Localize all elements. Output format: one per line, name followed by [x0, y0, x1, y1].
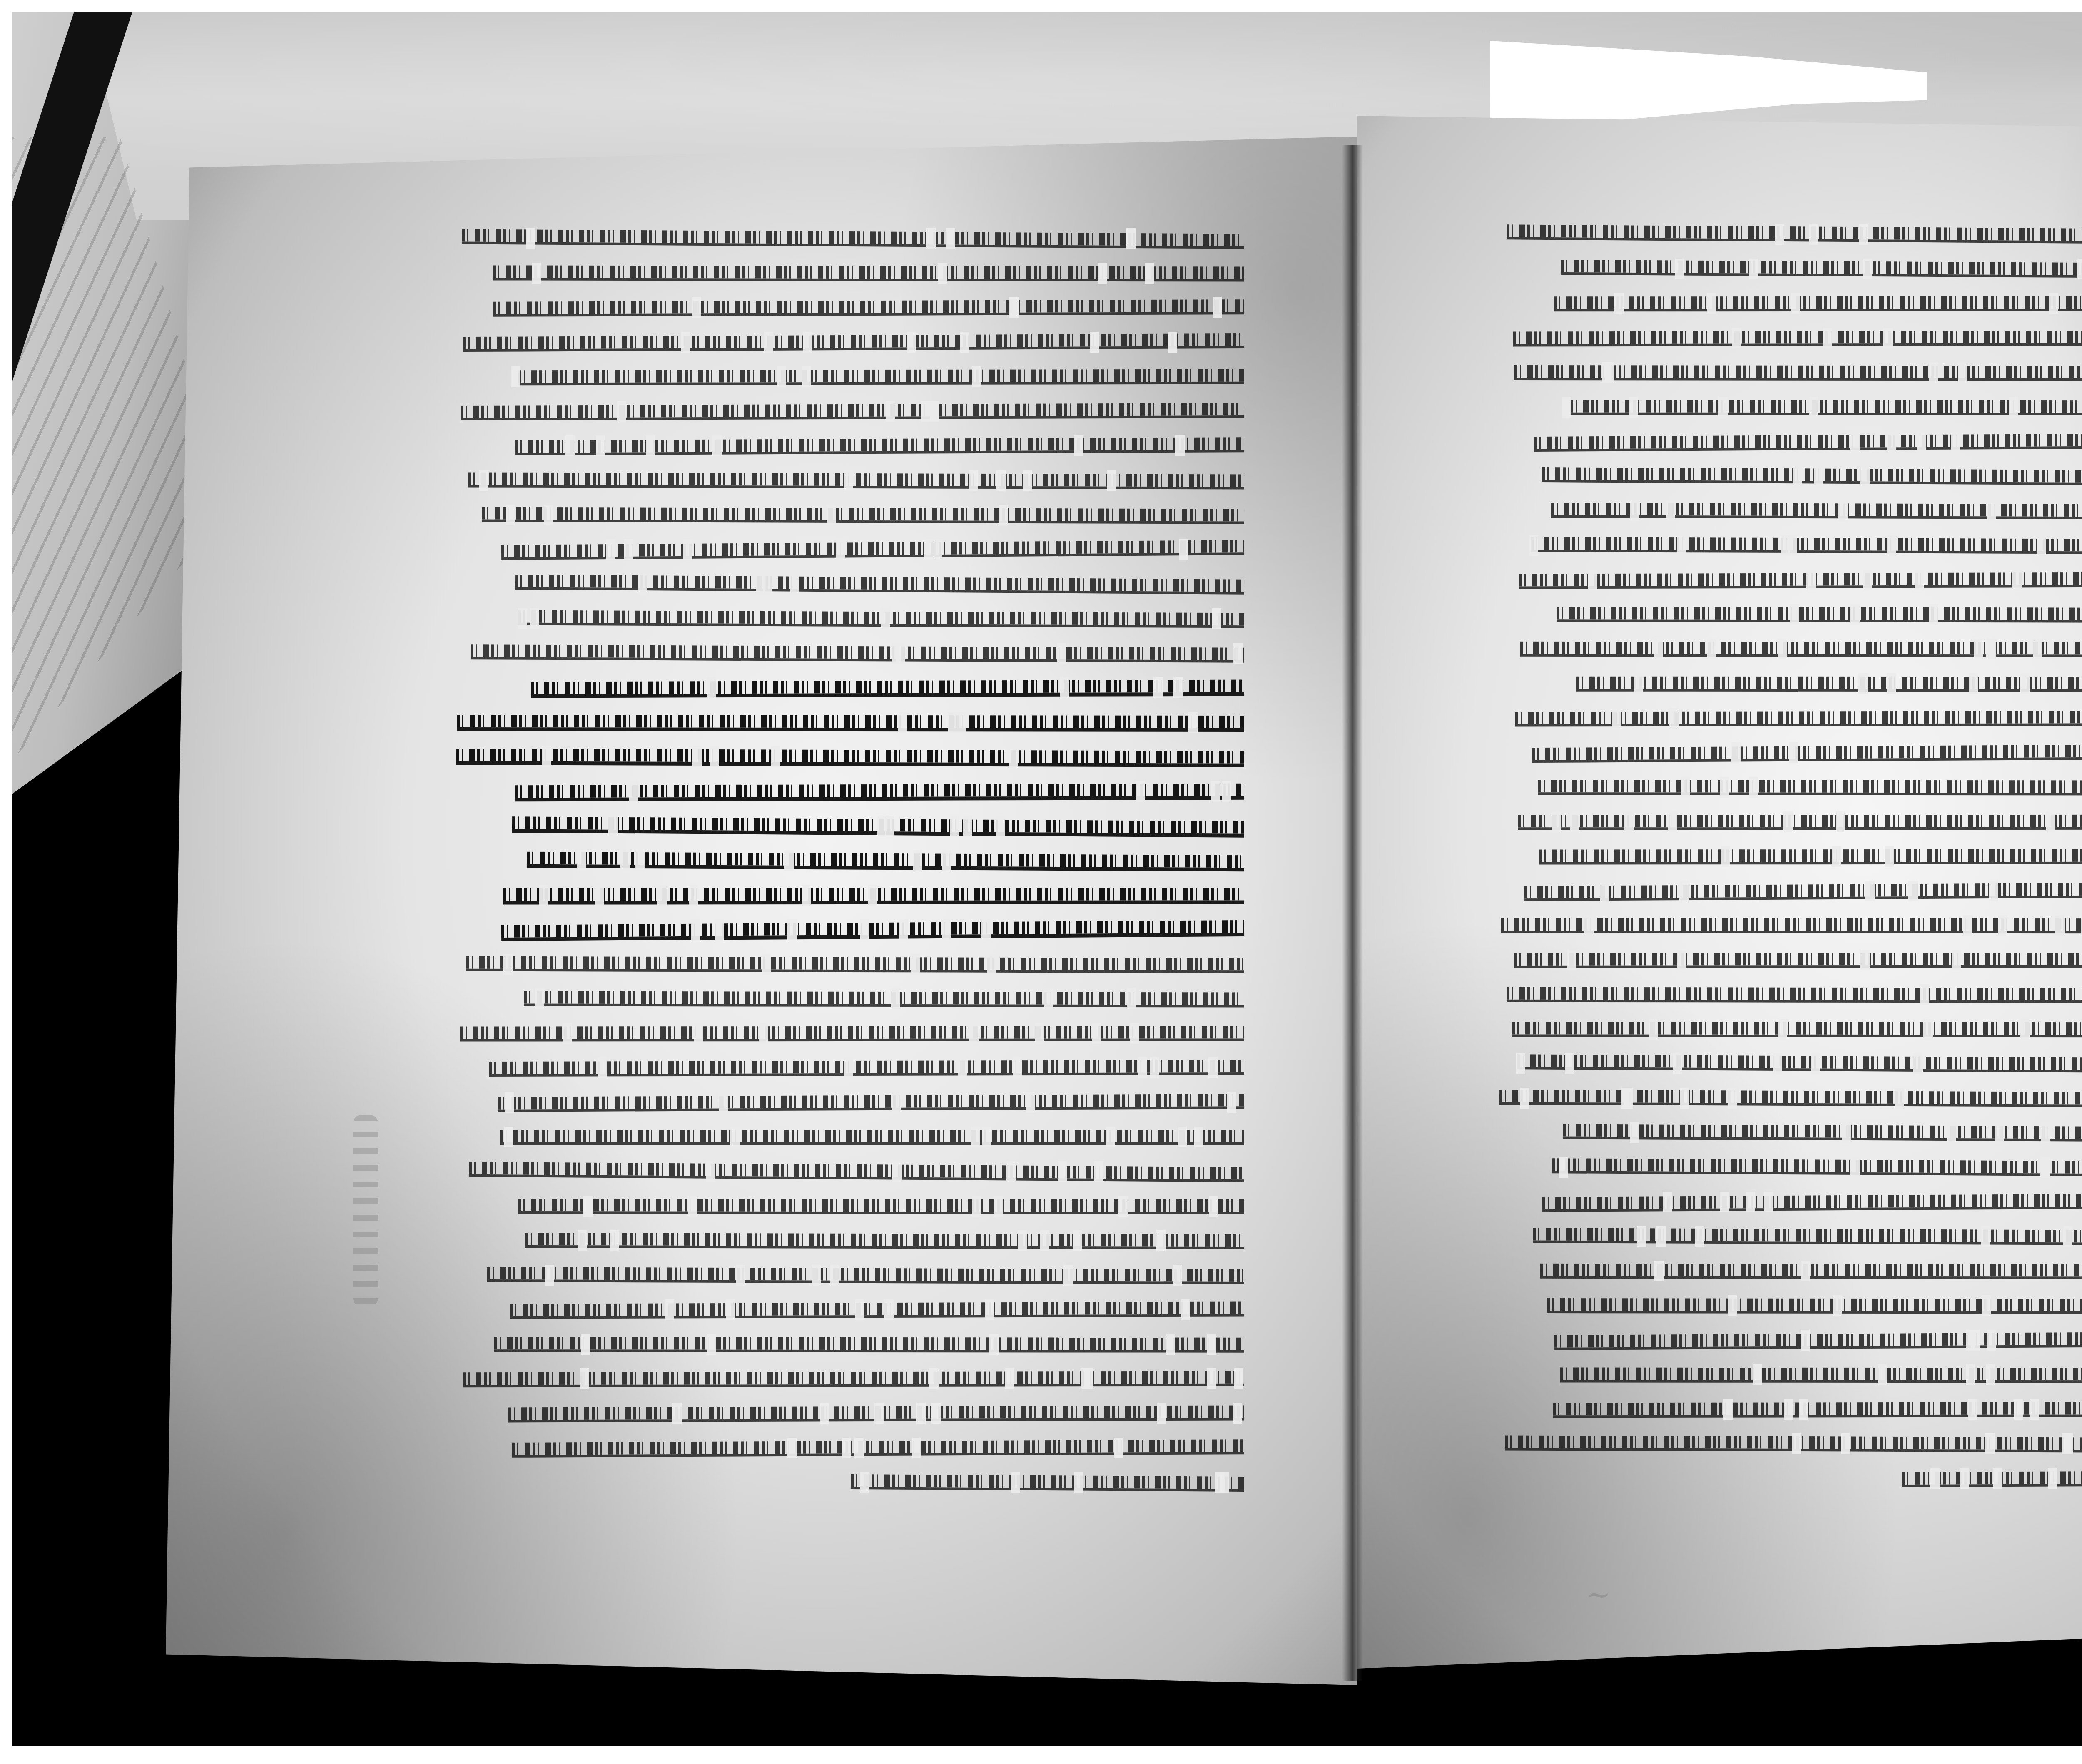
word-gap — [1749, 777, 1758, 798]
word-gap — [584, 1196, 593, 1217]
word-gap — [518, 608, 527, 629]
word-gap — [1832, 846, 1841, 867]
word-gap — [1986, 1364, 1995, 1385]
manuscript-text-line — [1494, 699, 2082, 734]
word-gap — [689, 885, 698, 906]
word-gap — [580, 1368, 589, 1389]
manuscript-text-line — [453, 254, 1244, 289]
word-gap — [1865, 881, 1875, 901]
word-gap — [1157, 1403, 1166, 1424]
manuscript-text-line — [453, 600, 1244, 634]
manuscript-text-line — [453, 634, 1244, 669]
word-gap — [999, 505, 1008, 525]
word-gap — [1092, 1023, 1101, 1044]
word-gap — [957, 712, 966, 733]
word-gap — [1044, 988, 1053, 1009]
word-gap — [1663, 1192, 1672, 1212]
word-gap — [1801, 1330, 1810, 1351]
word-gap — [1680, 1088, 1689, 1109]
word-gap — [836, 539, 845, 560]
word-gap — [2014, 1399, 2023, 1420]
ink-stroke — [518, 369, 1244, 385]
word-gap — [610, 1230, 619, 1251]
word-gap — [1677, 950, 1686, 970]
word-gap — [891, 988, 900, 1009]
manuscript-text-line — [453, 1187, 1244, 1222]
manuscript-text-line — [1494, 527, 2082, 561]
word-gap — [1859, 224, 1868, 245]
word-gap — [1801, 1261, 1810, 1281]
word-gap — [1718, 397, 1728, 418]
word-gap — [827, 505, 836, 525]
word-gap — [771, 746, 780, 767]
ink-stroke — [500, 1130, 1244, 1145]
manuscript-text-line — [453, 496, 1244, 531]
word-gap — [1656, 1226, 1666, 1247]
word-gap — [1669, 708, 1679, 729]
word-gap — [1974, 639, 1983, 659]
word-gap — [1060, 677, 1069, 698]
word-gap — [1981, 1226, 1990, 1247]
word-gap — [924, 539, 933, 560]
word-gap — [1930, 1468, 1940, 1489]
word-gap — [892, 1092, 901, 1113]
word-gap — [1207, 1334, 1216, 1355]
word-gap — [1982, 1295, 1991, 1316]
word-gap — [511, 366, 520, 387]
word-gap — [2041, 1157, 2050, 1178]
word-gap — [595, 885, 604, 906]
ink-stroke — [493, 299, 1244, 317]
manuscript-text-line — [453, 1049, 1244, 1084]
word-gap — [726, 1299, 735, 1320]
word-gap — [1565, 1053, 1574, 1074]
word-gap — [657, 885, 667, 906]
manuscript-text-line — [453, 945, 1244, 980]
word-gap — [1654, 639, 1663, 659]
word-gap — [1233, 1403, 1242, 1424]
word-gap — [1923, 1019, 1933, 1040]
word-gap — [1720, 777, 1729, 798]
word-gap — [2033, 639, 2042, 659]
word-gap — [635, 850, 645, 871]
manuscript-text-line — [1494, 1045, 2082, 1080]
word-gap — [730, 1127, 740, 1147]
word-gap — [1917, 431, 1926, 452]
manuscript-text-line — [1494, 1287, 2082, 1321]
ink-stroke — [1561, 260, 2082, 279]
word-gap — [542, 746, 551, 767]
word-gap — [1850, 604, 1860, 625]
word-gap — [1126, 228, 1136, 249]
ink-stroke — [1507, 987, 2082, 1003]
word-gap — [1860, 466, 1870, 487]
ink-stroke — [493, 265, 1244, 281]
ink-stroke — [463, 333, 1244, 352]
pencil-annotation: ~ — [1586, 1577, 1661, 1627]
word-gap — [1806, 570, 1816, 590]
manuscript-text-line — [453, 842, 1244, 876]
word-gap — [1863, 259, 1872, 279]
word-gap — [1952, 950, 1961, 970]
ink-stroke — [482, 507, 1244, 524]
word-gap — [1516, 1053, 1525, 1074]
word-gap — [1791, 293, 1800, 314]
word-gap — [987, 954, 996, 975]
word-gap — [1814, 466, 1823, 487]
word-gap — [1006, 1161, 1016, 1182]
word-gap — [1858, 673, 1868, 694]
word-gap — [969, 1023, 979, 1044]
ink-stroke — [1517, 1054, 2082, 1074]
word-gap — [1612, 708, 1621, 729]
word-gap — [1233, 643, 1243, 664]
word-gap — [2009, 397, 2018, 418]
word-gap — [1783, 811, 1793, 832]
manuscript-text-line — [1494, 1010, 2082, 1045]
ink-stroke — [1519, 572, 2082, 589]
word-gap — [672, 1403, 682, 1424]
word-gap — [1107, 470, 1116, 491]
manuscript-text-line — [1494, 769, 2082, 803]
word-gap — [1058, 1161, 1067, 1182]
word-gap — [1063, 1265, 1073, 1286]
word-gap — [1098, 263, 1107, 284]
word-gap — [787, 919, 797, 940]
ink-stroke — [1570, 400, 2082, 415]
word-gap — [712, 435, 722, 456]
word-gap — [1138, 1057, 1147, 1078]
manuscript-text-line — [1494, 630, 2082, 665]
word-gap — [1145, 263, 1154, 284]
word-gap — [1637, 1226, 1646, 1247]
manuscript-text-line — [1494, 319, 2082, 354]
word-gap — [1920, 984, 1929, 1005]
manuscript-photo: ✥ ☩ ⁘ ∇ ✕ ~ — [12, 12, 2082, 1746]
manuscript-text-line — [453, 876, 1244, 911]
word-gap — [1562, 397, 1571, 418]
word-gap — [1883, 328, 1893, 348]
word-gap — [1677, 535, 1686, 556]
ink-stroke — [1534, 433, 2082, 452]
word-gap — [1629, 397, 1638, 418]
manuscript-text-line — [453, 289, 1244, 323]
manuscript-text-line — [1494, 492, 2082, 527]
word-gap — [535, 988, 544, 1009]
word-gap — [545, 1265, 554, 1286]
word-gap — [638, 574, 647, 595]
word-gap — [1732, 328, 1741, 348]
ink-stroke — [1515, 710, 2082, 726]
word-gap — [505, 1092, 514, 1113]
word-gap — [913, 850, 922, 871]
word-gap — [1728, 1295, 1737, 1316]
book-gutter — [1342, 145, 1363, 1681]
word-gap — [2062, 1433, 2071, 1454]
word-gap — [1130, 1023, 1139, 1044]
word-gap — [981, 919, 991, 940]
word-gap — [2077, 259, 2082, 279]
word-gap — [1567, 950, 1576, 970]
word-gap — [1998, 915, 2007, 936]
word-gap — [1809, 397, 1818, 418]
ink-stroke — [471, 644, 1244, 662]
word-gap — [1746, 1192, 1755, 1212]
word-gap — [2037, 535, 2046, 556]
word-gap — [972, 1196, 981, 1217]
ink-stroke — [1554, 296, 2082, 312]
word-gap — [921, 401, 930, 422]
ink-stroke — [1499, 1090, 2082, 1107]
ink-stroke — [1539, 849, 2082, 865]
word-gap — [1178, 1127, 1187, 1147]
ink-stroke — [1520, 642, 2082, 657]
word-gap — [1207, 1368, 1216, 1389]
word-gap — [994, 1196, 1003, 1217]
word-gap — [1649, 1019, 1658, 1040]
word-gap — [1986, 639, 1995, 659]
manuscript-text-line — [453, 1429, 1244, 1464]
ink-stroke — [468, 472, 1244, 489]
word-gap — [844, 1057, 853, 1078]
word-gap — [563, 1023, 572, 1044]
ink-stroke — [487, 1267, 1244, 1284]
word-gap — [971, 1127, 980, 1147]
ink-stroke — [1542, 467, 2082, 486]
word-gap — [1018, 1230, 1027, 1251]
word-gap — [691, 919, 700, 940]
word-gap — [2030, 1399, 2039, 1420]
manuscript-text-line — [453, 773, 1244, 807]
word-gap — [544, 505, 553, 525]
manuscript-text-line — [453, 531, 1244, 565]
word-gap — [969, 470, 978, 491]
word-gap — [1753, 1364, 1762, 1385]
word-gap — [596, 435, 605, 456]
word-gap — [1809, 224, 1818, 245]
word-gap — [646, 435, 655, 456]
ink-stroke — [1531, 537, 2082, 555]
word-gap — [1915, 570, 1924, 590]
word-gap — [790, 574, 799, 595]
manuscript-text-line — [453, 220, 1244, 254]
word-gap — [1010, 297, 1019, 318]
word-gap — [1084, 1368, 1093, 1389]
manuscript-text-line — [1494, 838, 2082, 872]
word-gap — [1013, 1057, 1022, 1078]
word-gap — [844, 470, 853, 491]
word-gap — [898, 712, 907, 733]
word-gap — [892, 1161, 902, 1182]
manuscript-text-line — [1494, 1080, 2082, 1114]
word-gap — [1887, 673, 1896, 694]
manuscript-text-line — [453, 323, 1244, 358]
word-gap — [1833, 1295, 1842, 1316]
manuscript-text-line — [453, 1222, 1244, 1256]
word-gap — [2012, 570, 2022, 590]
word-gap — [692, 297, 701, 318]
word-gap — [1778, 639, 1787, 659]
word-gap — [1792, 1433, 1801, 1454]
word-gap — [1181, 1299, 1190, 1320]
word-gap — [1634, 673, 1643, 694]
word-gap — [1009, 746, 1018, 767]
word-gap — [1811, 1053, 1820, 1074]
word-gap — [1208, 1057, 1218, 1078]
word-gap — [1175, 435, 1185, 456]
word-gap — [1035, 1023, 1044, 1044]
ink-stroke — [512, 1439, 1244, 1458]
manuscript-text-line — [1494, 1356, 2082, 1391]
word-gap — [707, 677, 716, 698]
manuscript-text-line — [1494, 458, 2082, 492]
manuscript-text-line — [1494, 1321, 2082, 1356]
word-gap — [1118, 1196, 1128, 1217]
ink-stroke — [1547, 1298, 2082, 1314]
word-gap — [1168, 332, 1177, 353]
word-gap — [1675, 259, 1684, 279]
word-gap — [1781, 535, 1790, 556]
word-gap — [1793, 466, 1802, 487]
word-gap — [1588, 570, 1597, 590]
manuscript-text-line — [453, 1118, 1244, 1153]
word-gap — [1090, 332, 1099, 353]
word-gap — [1929, 604, 1938, 625]
word-gap — [830, 1265, 839, 1286]
manuscript-text-line — [453, 704, 1244, 738]
word-gap — [881, 608, 890, 629]
manuscript-text-line — [1494, 423, 2082, 458]
word-gap — [982, 1127, 991, 1147]
word-gap — [1114, 1438, 1123, 1458]
ink-stroke — [515, 437, 1244, 455]
word-gap — [1023, 470, 1032, 491]
word-gap — [963, 816, 972, 836]
word-gap — [950, 816, 959, 836]
word-gap — [854, 1438, 864, 1458]
manuscript-text-line — [1494, 976, 2082, 1010]
word-gap — [1764, 1192, 1773, 1212]
ink-stroke — [515, 575, 1244, 595]
manuscript-text-line — [1494, 1391, 2082, 1425]
word-gap — [1995, 1122, 2004, 1143]
ink-stroke — [525, 1233, 1244, 1249]
ink-stroke — [1563, 1124, 2082, 1143]
word-gap — [1987, 500, 1996, 521]
word-gap — [1166, 1334, 1175, 1355]
word-gap — [1630, 1122, 1639, 1143]
word-gap — [860, 1472, 869, 1493]
manuscript-text-line — [453, 565, 1244, 600]
word-gap — [2020, 673, 2030, 694]
word-gap — [1073, 1230, 1082, 1251]
word-gap — [1773, 1053, 1782, 1074]
manuscript-text-line — [453, 669, 1244, 704]
word-gap — [958, 1057, 967, 1078]
word-gap — [1552, 811, 1561, 832]
word-gap — [1721, 846, 1730, 867]
word-gap — [1673, 1053, 1682, 1074]
manuscript-text-line — [1494, 907, 2082, 941]
word-gap — [1005, 1368, 1014, 1389]
word-gap — [996, 816, 1005, 836]
ink-stroke — [1532, 744, 2082, 763]
ink-stroke — [527, 852, 1244, 871]
manuscript-text-line — [1494, 1149, 2082, 1183]
word-gap — [1749, 259, 1758, 279]
word-gap — [1106, 1127, 1115, 1147]
word-gap — [946, 228, 955, 249]
word-gap — [2049, 293, 2058, 314]
word-gap — [1695, 1226, 1704, 1247]
ink-stroke — [1560, 1368, 2082, 1383]
manuscript-text-line — [1494, 803, 2082, 838]
word-gap — [1026, 1092, 1035, 1113]
word-gap — [1211, 781, 1220, 802]
word-gap — [1968, 1399, 1977, 1420]
word-gap — [608, 816, 618, 836]
word-gap — [1559, 1157, 1568, 1178]
word-gap — [620, 850, 630, 871]
word-gap — [526, 228, 535, 249]
word-gap — [707, 1334, 716, 1355]
word-gap — [877, 816, 886, 836]
word-gap — [503, 954, 513, 975]
word-gap — [764, 332, 773, 353]
ink-stroke — [510, 1301, 1244, 1319]
word-gap — [874, 1403, 884, 1424]
word-gap — [929, 1368, 939, 1389]
word-gap — [896, 643, 905, 664]
word-gap — [2041, 1122, 2050, 1143]
word-gap — [1723, 1399, 1733, 1420]
word-gap — [1860, 950, 1870, 970]
word-gap — [1209, 1196, 1218, 1217]
word-gap — [916, 1403, 926, 1424]
word-gap — [1600, 881, 1609, 901]
word-gap — [802, 366, 811, 387]
word-gap — [1529, 535, 1538, 556]
word-gap — [812, 1265, 821, 1286]
word-gap — [1969, 673, 1978, 694]
manuscript-text-line — [1494, 1183, 2082, 1218]
word-gap — [565, 435, 575, 456]
word-gap — [1150, 1057, 1159, 1078]
word-gap — [885, 816, 894, 836]
word-gap — [930, 401, 939, 422]
word-gap — [1958, 362, 1967, 383]
word-gap — [1605, 362, 1614, 383]
manuscript-text-line — [453, 738, 1244, 773]
manuscript-text-line — [453, 462, 1244, 496]
word-gap — [985, 1299, 994, 1320]
word-gap — [1836, 811, 1845, 832]
word-gap — [578, 1230, 587, 1251]
word-gap — [1887, 535, 1896, 556]
word-gap — [1173, 1265, 1182, 1286]
word-gap — [868, 885, 877, 906]
word-gap — [938, 263, 947, 284]
word-gap — [1584, 915, 1594, 936]
ink-stroke — [501, 920, 1244, 941]
left-margin-annotation — [353, 1115, 378, 1306]
word-gap — [506, 505, 515, 525]
manuscript-text-line — [453, 980, 1244, 1015]
manuscript-text-line — [1494, 1218, 2082, 1252]
word-gap — [759, 1023, 768, 1044]
word-gap — [2046, 811, 2055, 832]
word-gap — [1960, 1468, 1969, 1489]
